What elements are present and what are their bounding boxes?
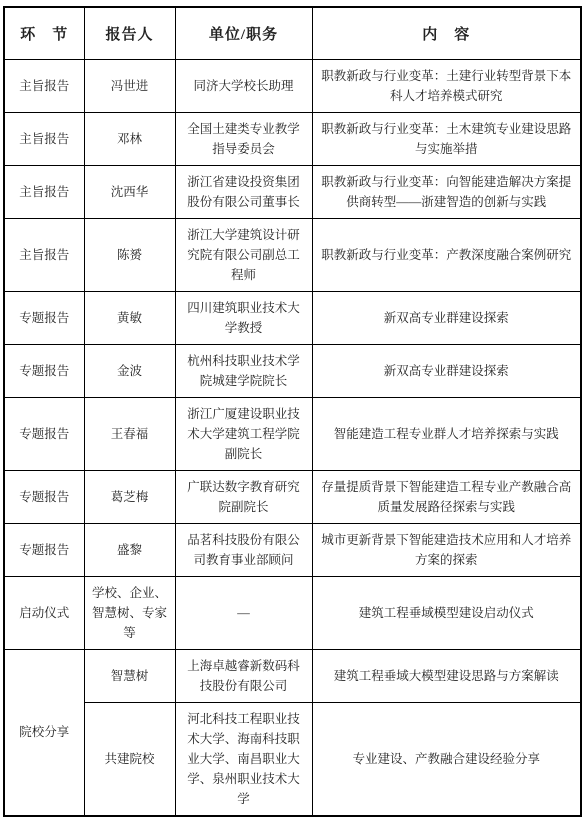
content-cell: 职教新政与行业变革：产教深度融合案例研究: [312, 218, 581, 291]
speaker-cell: 盛黎: [84, 523, 175, 576]
header-affiliation: 单位/职务: [175, 7, 312, 59]
session-cell: 主旨报告: [4, 59, 84, 112]
session-cell: 启动仪式: [4, 576, 84, 649]
content-cell: 智能建造工程专业群人才培养探索与实践: [312, 397, 581, 470]
table-row: 主旨报告冯世进同济大学校长助理职教新政与行业变革：土建行业转型背景下本科人才培养…: [4, 59, 581, 112]
session-cell: 院校分享: [4, 649, 84, 816]
table-row: 启动仪式学校、企业、智慧树、专家等—建筑工程垂域模型建设启动仪式: [4, 576, 581, 649]
table-row: 共建院校河北科技工程职业技术大学、海南科技职业大学、南昌职业大学、泉州职业技术大…: [4, 702, 581, 816]
session-cell: 主旨报告: [4, 112, 84, 165]
agenda-page: 环 节 报告人 单位/职务 内 容 主旨报告冯世进同济大学校长助理职教新政与行业…: [0, 0, 583, 838]
header-session: 环 节: [4, 7, 84, 59]
session-cell: 主旨报告: [4, 165, 84, 218]
speaker-cell: 邓林: [84, 112, 175, 165]
speaker-cell: 沈西华: [84, 165, 175, 218]
content-cell: 新双高专业群建设探索: [312, 344, 581, 397]
content-cell: 职教新政与行业变革：土木建筑专业建设思路与实施举措: [312, 112, 581, 165]
table-row: 专题报告盛黎品茗科技股份有限公司教育事业部顾问城市更新背景下智能建造技术应用和人…: [4, 523, 581, 576]
schedule-table-body: 主旨报告冯世进同济大学校长助理职教新政与行业变革：土建行业转型背景下本科人才培养…: [4, 59, 581, 816]
header-content: 内 容: [312, 7, 581, 59]
session-cell: 专题报告: [4, 344, 84, 397]
speaker-cell: 智慧树: [84, 649, 175, 702]
speaker-cell: 共建院校: [84, 702, 175, 816]
content-cell: 城市更新背景下智能建造技术应用和人才培养方案的探索: [312, 523, 581, 576]
affiliation-cell: 杭州科技职业技术学院城建学院院长: [175, 344, 312, 397]
speaker-cell: 陈赟: [84, 218, 175, 291]
speaker-cell: 葛芝梅: [84, 470, 175, 523]
session-cell: 专题报告: [4, 523, 84, 576]
content-cell: 专业建设、产教融合建设经验分享: [312, 702, 581, 816]
session-cell: 专题报告: [4, 470, 84, 523]
affiliation-cell: —: [175, 576, 312, 649]
affiliation-cell: 广联达数字教育研究院副院长: [175, 470, 312, 523]
affiliation-cell: 浙江省建设投资集团股份有限公司董事长: [175, 165, 312, 218]
header-speaker: 报告人: [84, 7, 175, 59]
affiliation-cell: 同济大学校长助理: [175, 59, 312, 112]
affiliation-cell: 四川建筑职业技术大学教授: [175, 291, 312, 344]
session-cell: 专题报告: [4, 291, 84, 344]
table-row: 主旨报告邓林全国土建类专业教学指导委员会职教新政与行业变革：土木建筑专业建设思路…: [4, 112, 581, 165]
affiliation-cell: 河北科技工程职业技术大学、海南科技职业大学、南昌职业大学、泉州职业技术大学: [175, 702, 312, 816]
table-row: 专题报告黄敏四川建筑职业技术大学教授新双高专业群建设探索: [4, 291, 581, 344]
speaker-cell: 冯世进: [84, 59, 175, 112]
session-cell: 专题报告: [4, 397, 84, 470]
speaker-cell: 王春福: [84, 397, 175, 470]
affiliation-cell: 全国土建类专业教学指导委员会: [175, 112, 312, 165]
speaker-cell: 金波: [84, 344, 175, 397]
session-cell: 主旨报告: [4, 218, 84, 291]
table-row: 主旨报告陈赟浙江大学建筑设计研究院有限公司副总工程师职教新政与行业变革：产教深度…: [4, 218, 581, 291]
content-cell: 建筑工程垂域模型建设启动仪式: [312, 576, 581, 649]
table-row: 专题报告王春福浙江广厦建设职业技术大学建筑工程学院副院长智能建造工程专业群人才培…: [4, 397, 581, 470]
affiliation-cell: 浙江广厦建设职业技术大学建筑工程学院副院长: [175, 397, 312, 470]
content-cell: 存量提质背景下智能建造工程专业产教融合高质量发展路径探索与实践: [312, 470, 581, 523]
table-row: 专题报告葛芝梅广联达数字教育研究院副院长存量提质背景下智能建造工程专业产教融合高…: [4, 470, 581, 523]
table-row: 院校分享智慧树上海卓越睿新数码科技股份有限公司建筑工程垂域大模型建设思路与方案解…: [4, 649, 581, 702]
affiliation-cell: 上海卓越睿新数码科技股份有限公司: [175, 649, 312, 702]
header-row: 环 节 报告人 单位/职务 内 容: [4, 7, 581, 59]
content-cell: 职教新政与行业变革：向智能建造解决方案提供商转型——浙建智造的创新与实践: [312, 165, 581, 218]
affiliation-cell: 浙江大学建筑设计研究院有限公司副总工程师: [175, 218, 312, 291]
content-cell: 建筑工程垂域大模型建设思路与方案解读: [312, 649, 581, 702]
content-cell: 职教新政与行业变革：土建行业转型背景下本科人才培养模式研究: [312, 59, 581, 112]
affiliation-cell: 品茗科技股份有限公司教育事业部顾问: [175, 523, 312, 576]
speaker-cell: 学校、企业、智慧树、专家等: [84, 576, 175, 649]
content-cell: 新双高专业群建设探索: [312, 291, 581, 344]
schedule-table: 环 节 报告人 单位/职务 内 容 主旨报告冯世进同济大学校长助理职教新政与行业…: [3, 6, 582, 817]
speaker-cell: 黄敏: [84, 291, 175, 344]
table-row: 主旨报告沈西华浙江省建设投资集团股份有限公司董事长职教新政与行业变革：向智能建造…: [4, 165, 581, 218]
table-row: 专题报告金波杭州科技职业技术学院城建学院院长新双高专业群建设探索: [4, 344, 581, 397]
